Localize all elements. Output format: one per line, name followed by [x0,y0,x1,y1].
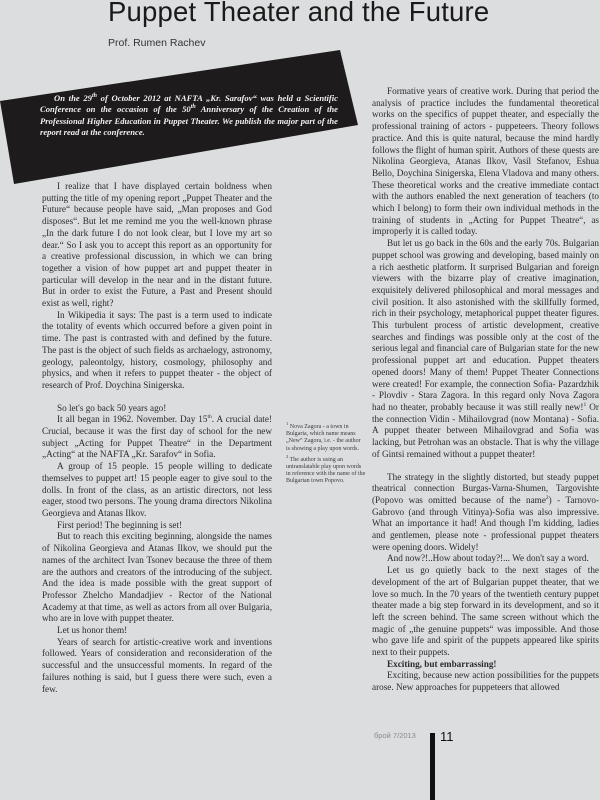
paragraph: And now?!..How about today?!... We don't… [372,553,599,565]
paragraph: Formative years of creative work. During… [372,86,599,238]
footnote-2: 2 The author is using an untranslatable … [286,453,366,486]
subheading: Exciting, but embarrassing! [372,659,599,671]
paragraph: But let us go back in the 60s and the ea… [372,238,599,460]
left-column: I realize that I have displayed certain … [42,181,272,695]
article-title: Puppet Theater and the Future [108,0,489,28]
paragraph: But to reach this exciting beginning, al… [42,531,272,625]
right-column: Formative years of creative work. During… [372,86,599,694]
paragraph: In Wikipedia it says: The past is a term… [42,310,272,392]
footer-divider-bar [430,733,435,800]
paragraph: I realize that I have displayed certain … [42,181,272,310]
paragraph: Let us honor them! [42,625,272,637]
paragraph: Years of search for artistic-creative wo… [42,637,272,696]
intro-banner-text: On the 29th of October 2012 at NAFTA „Kr… [40,93,338,138]
paragraph: First period! The beginning is set! [42,520,272,532]
author-byline: Prof. Rumen Rachev [108,37,205,49]
paragraph: It all began in 1962. November. Day 15th… [42,414,272,461]
paragraph: So let's go back 50 years ago! [42,403,272,415]
footnote-1: 1 Nova Zagora - a town in Bulgaria, whic… [286,420,366,453]
paragraph: Exciting, because new action possibiliti… [372,670,599,693]
page-number: 11 [440,729,454,744]
paragraph: Let us go quietly back to the next stage… [372,565,599,659]
paragraph: A group of 15 people. 15 people willing … [42,461,272,520]
footnotes: 1 Nova Zagora - a town in Bulgaria, whic… [286,420,366,486]
paragraph: The strategy in the slightly distorted, … [372,472,599,554]
issue-label: брой 7/2013 [374,731,416,740]
